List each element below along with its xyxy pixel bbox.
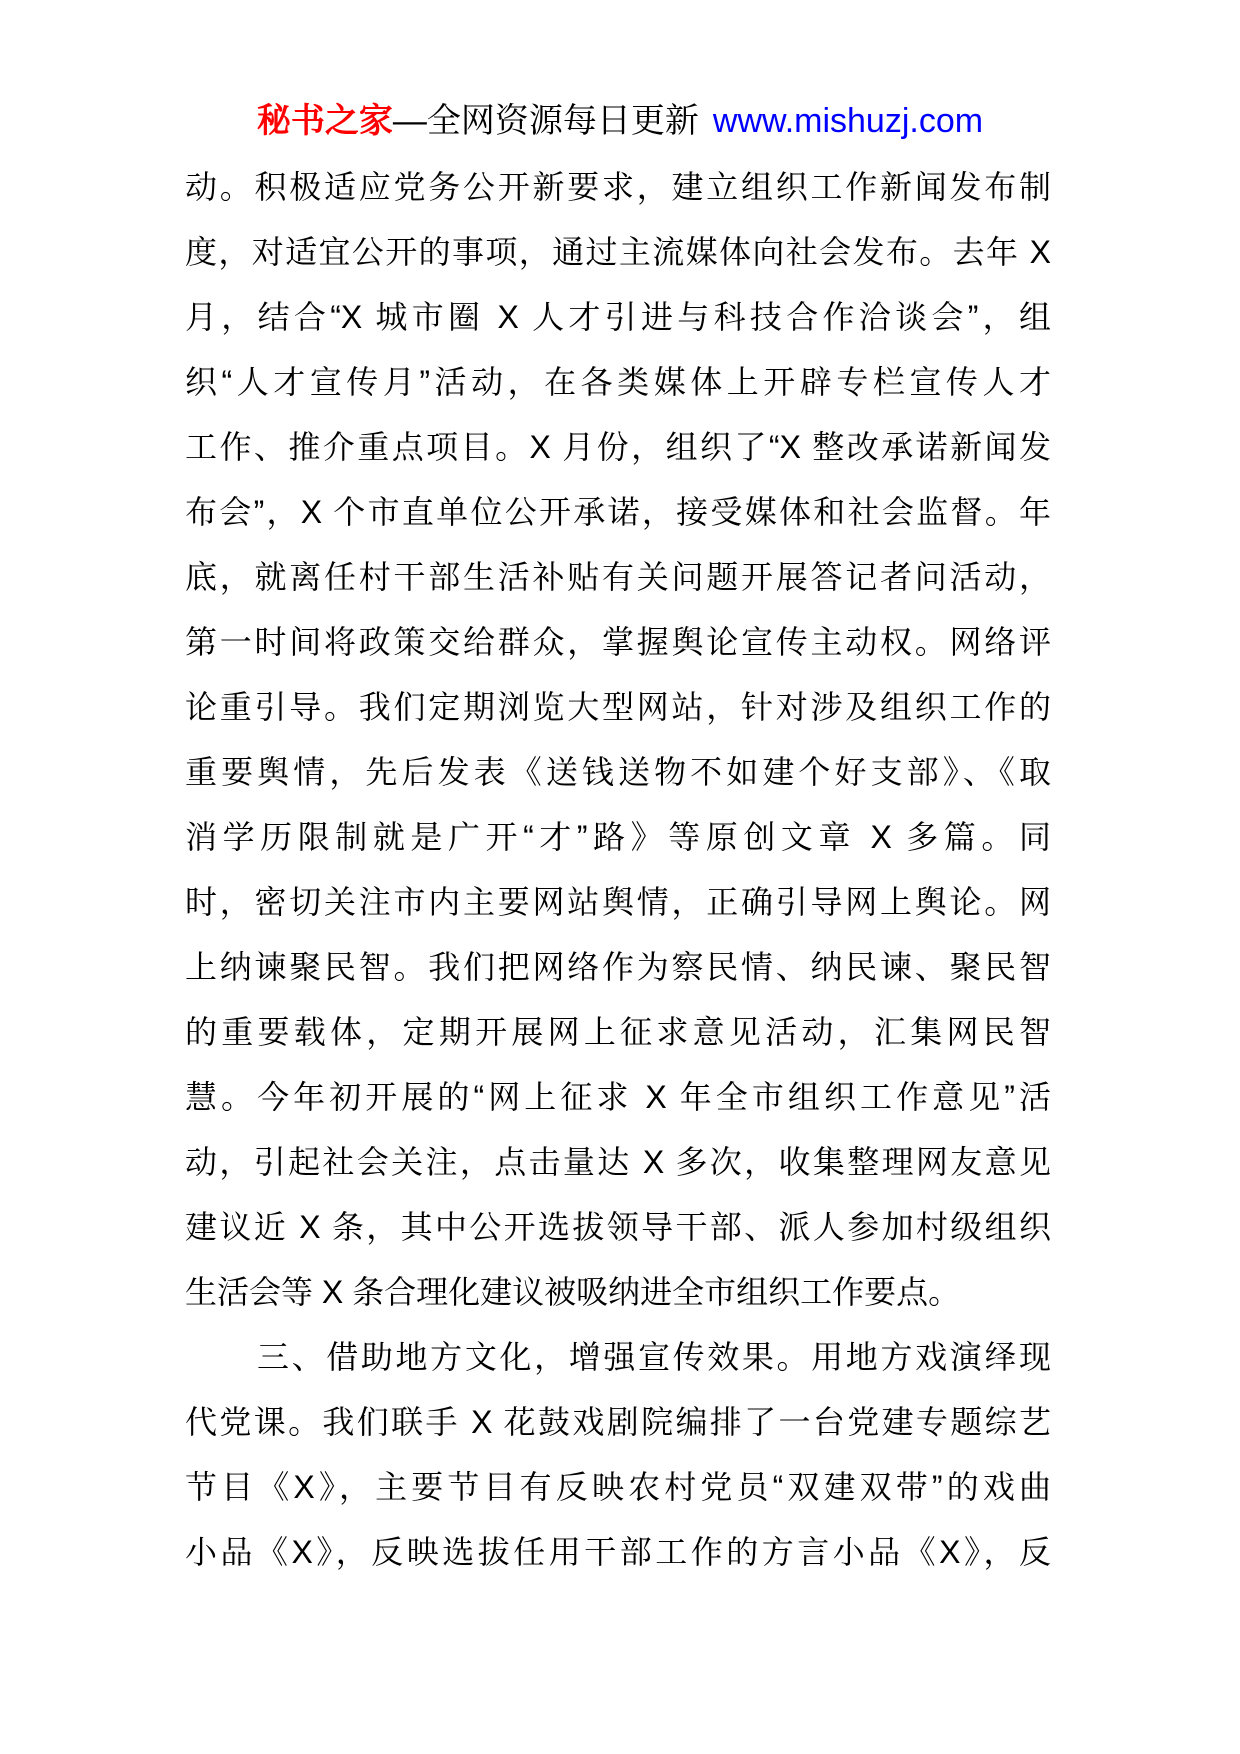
text-line: 小品《X》，反映选拔任用干部工作的方言小品《X》，反 — [185, 1520, 1051, 1585]
site-header: 秘书之家—全网资源每日更新www.mishuzj.com — [0, 96, 1240, 146]
site-name: 秘书之家 — [257, 102, 393, 140]
text-line: 上纳谏聚民智。我们把网络作为察民情、纳民谏、聚民智 — [185, 935, 1051, 1000]
text-line: 动，引起社会关注，点击量达 X 多次，收集整理网友意见 — [185, 1130, 1051, 1195]
text-line: 织“人才宣传月”活动，在各类媒体上开辟专栏宣传人才 — [185, 350, 1051, 415]
text-line: 底，就离任村干部生活补贴有关问题开展答记者问活动， — [185, 545, 1051, 610]
text-line: 第一时间将政策交给群众，掌握舆论宣传主动权。网络评 — [185, 610, 1051, 675]
text-line: 论重引导。我们定期浏览大型网站，针对涉及组织工作的 — [185, 675, 1051, 740]
text-line-section-start: 三、借助地方文化，增强宣传效果。用地方戏演绎现 — [185, 1325, 1051, 1390]
text-line: 月，结合“X 城市圈 X 人才引进与科技合作洽谈会”，组 — [185, 285, 1051, 350]
document-body: 动。积极适应党务公开新要求，建立组织工作新闻发布制 度，对适宜公开的事项，通过主… — [185, 155, 1051, 1585]
text-line: 慧。今年初开展的“网上征求 X 年全市组织工作意见”活 — [185, 1065, 1051, 1130]
text-line: 时，密切关注市内主要网站舆情，正确引导网上舆论。网 — [185, 870, 1051, 935]
document-page: 秘书之家—全网资源每日更新www.mishuzj.com 动。积极适应党务公开新… — [0, 0, 1240, 1754]
text-line: 代党课。我们联手 X 花鼓戏剧院编排了一台党建专题综艺 — [185, 1390, 1051, 1455]
text-line: 节目《X》，主要节目有反映农村党员“双建双带”的戏曲 — [185, 1455, 1051, 1520]
text-line: 动。积极适应党务公开新要求，建立组织工作新闻发布制 — [185, 155, 1051, 220]
text-line: 布会”，X 个市直单位公开承诺，接受媒体和社会监督。年 — [185, 480, 1051, 545]
text-line: 工作、推介重点项目。X 月份，组织了“X 整改承诺新闻发 — [185, 415, 1051, 480]
text-line: 的重要载体，定期开展网上征求意见活动，汇集网民智 — [185, 1000, 1051, 1065]
text-line-paragraph-end: 生活会等 X 条合理化建议被吸纳进全市组织工作要点。 — [185, 1260, 1051, 1325]
text-line: 建议近 X 条，其中公开选拔领导干部、派人参加村级组织 — [185, 1195, 1051, 1260]
header-separator: — — [393, 102, 427, 140]
text-line: 消学历限制就是广开“才”路》等原创文章 X 多篇。同 — [185, 805, 1051, 870]
site-url: www.mishuzj.com — [713, 102, 983, 140]
site-tagline: 全网资源每日更新 — [427, 102, 699, 140]
text-line: 度，对适宜公开的事项，通过主流媒体向社会发布。去年 X — [185, 220, 1051, 285]
text-line: 重要舆情，先后发表《送钱送物不如建个好支部》、《取 — [185, 740, 1051, 805]
